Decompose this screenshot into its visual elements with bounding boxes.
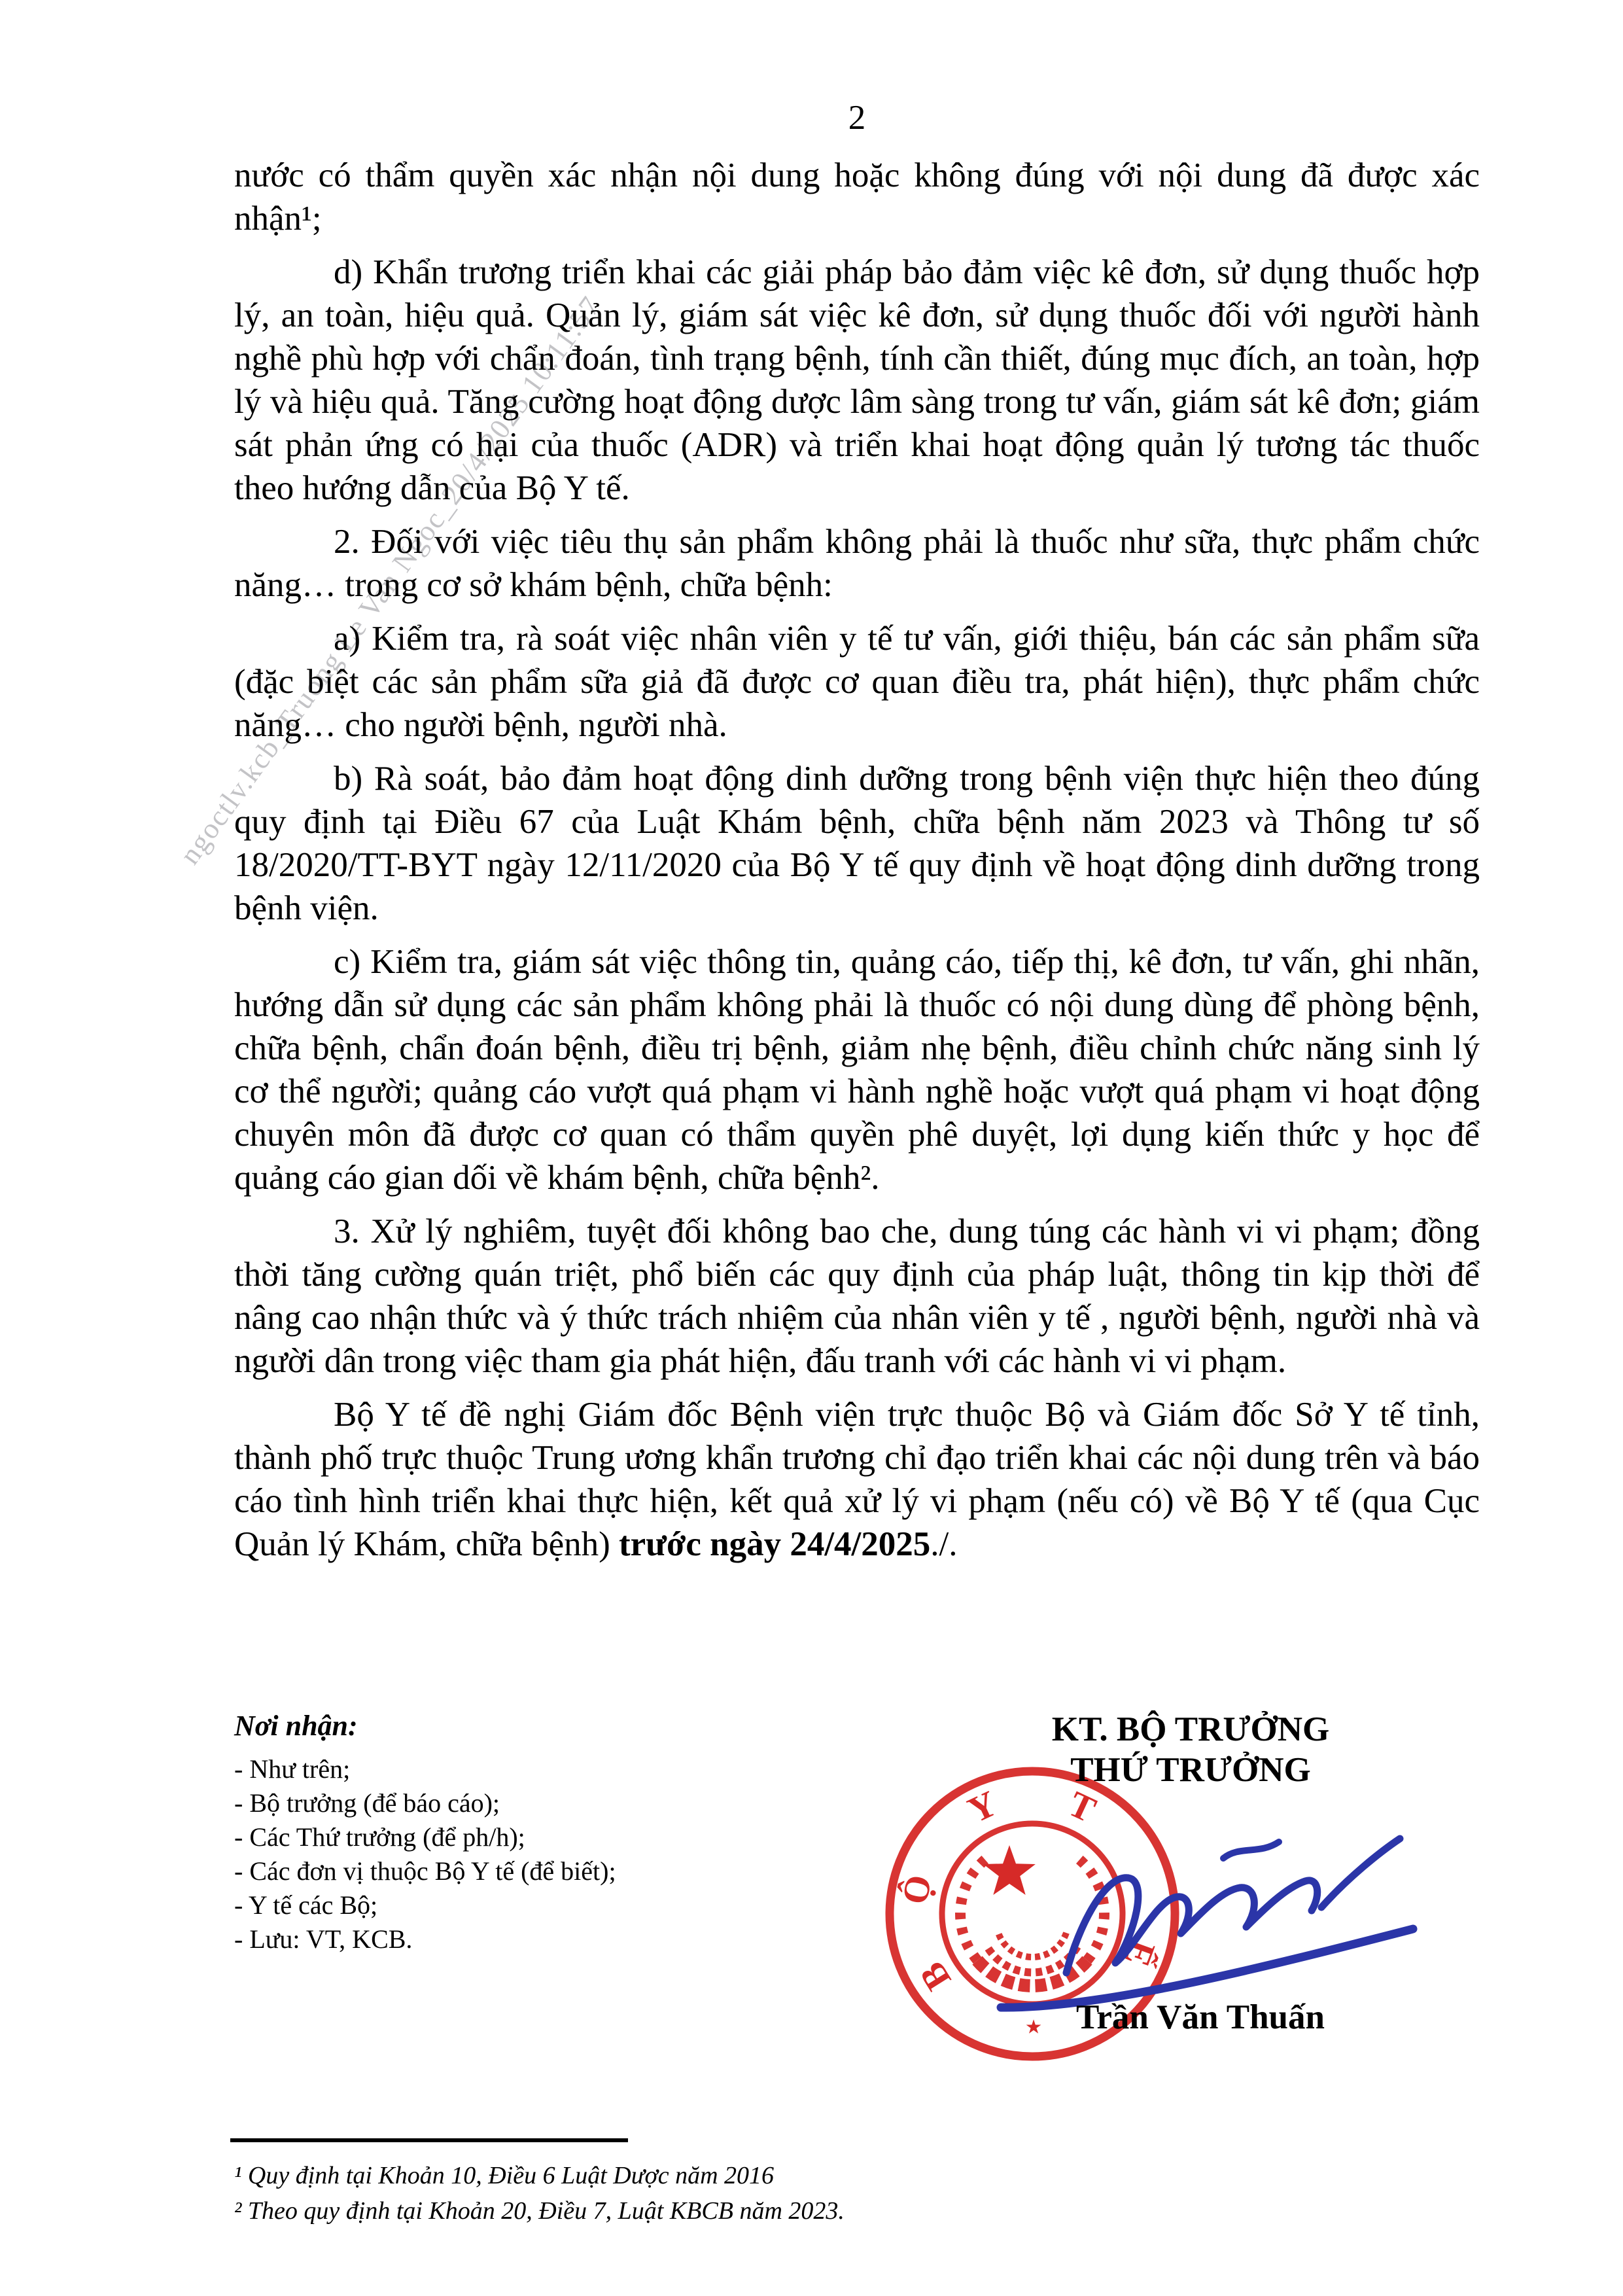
- stamp-letter-o: Ộ: [894, 1871, 940, 1908]
- document-body: nước có thẩm quyền xác nhận nội dung hoặ…: [234, 154, 1480, 1576]
- recipient-item: - Y tế các Bộ;: [234, 1888, 823, 1922]
- recipients-block: Nơi nhận: - Như trên; - Bộ trưởng (để bá…: [234, 1709, 823, 1956]
- recipient-item: - Lưu: VT, KCB.: [234, 1922, 823, 1956]
- thu-truong-line: THỨ TRƯỞNG: [942, 1750, 1439, 1790]
- paragraph-2: 2. Đối với việc tiêu thụ sản phẩm không …: [234, 520, 1480, 607]
- paragraph-b: b) Rà soát, bảo đảm hoạt động dinh dưỡng…: [234, 757, 1480, 930]
- footnotes-block: ¹ Quy định tại Khoản 10, Điều 6 Luật Dượ…: [234, 2158, 1215, 2229]
- signature-underline-stroke: [1001, 1929, 1413, 2007]
- kt-bo-truong-line: KT. BỘ TRƯỞNG: [942, 1709, 1439, 1750]
- recipient-item: - Như trên;: [234, 1752, 823, 1786]
- signer-name: Trần Văn Thuấn: [1011, 1997, 1390, 2038]
- handwritten-signature: [981, 1812, 1439, 2028]
- final-deadline: trước ngày 24/4/2025: [619, 1525, 930, 1563]
- recipient-item: - Các đơn vị thuộc Bộ Y tế (để biết);: [234, 1854, 823, 1888]
- footnote-divider: [230, 2138, 628, 2142]
- signature-tilde-stroke: [1223, 1842, 1279, 1858]
- recipients-heading: Nơi nhận:: [234, 1709, 823, 1743]
- document-page: ngoctlv.kcb_Truong Le Van Ngoc_20/4/2025…: [0, 0, 1623, 2296]
- paragraph-d: d) Khẩn trương triển khai các giải pháp …: [234, 251, 1480, 510]
- footnote-1: ¹ Quy định tại Khoản 10, Điều 6 Luật Dượ…: [234, 2158, 1215, 2193]
- paragraph-continuation: nước có thẩm quyền xác nhận nội dung hoặ…: [234, 154, 1480, 240]
- paragraph-a: a) Kiểm tra, rà soát việc nhân viên y tế…: [234, 617, 1480, 747]
- page-number: 2: [234, 98, 1480, 137]
- final-tail: ./.: [930, 1525, 957, 1563]
- footnote-2: ² Theo quy định tại Khoản 20, Điều 7, Lu…: [234, 2193, 1215, 2229]
- recipient-item: - Bộ trưởng (để báo cáo);: [234, 1786, 823, 1820]
- paragraph-3: 3. Xử lý nghiêm, tuyệt đối không bao che…: [234, 1210, 1480, 1383]
- signature-flick-stroke: [1321, 1839, 1400, 1907]
- recipient-item: - Các Thứ trưởng (để ph/h);: [234, 1820, 823, 1854]
- paragraph-c: c) Kiểm tra, giám sát việc thông tin, qu…: [234, 940, 1480, 1199]
- paragraph-final: Bộ Y tế đề nghị Giám đốc Bệnh viện trực …: [234, 1393, 1480, 1566]
- signature-heading: KT. BỘ TRƯỞNG THỨ TRƯỞNG: [942, 1709, 1439, 1790]
